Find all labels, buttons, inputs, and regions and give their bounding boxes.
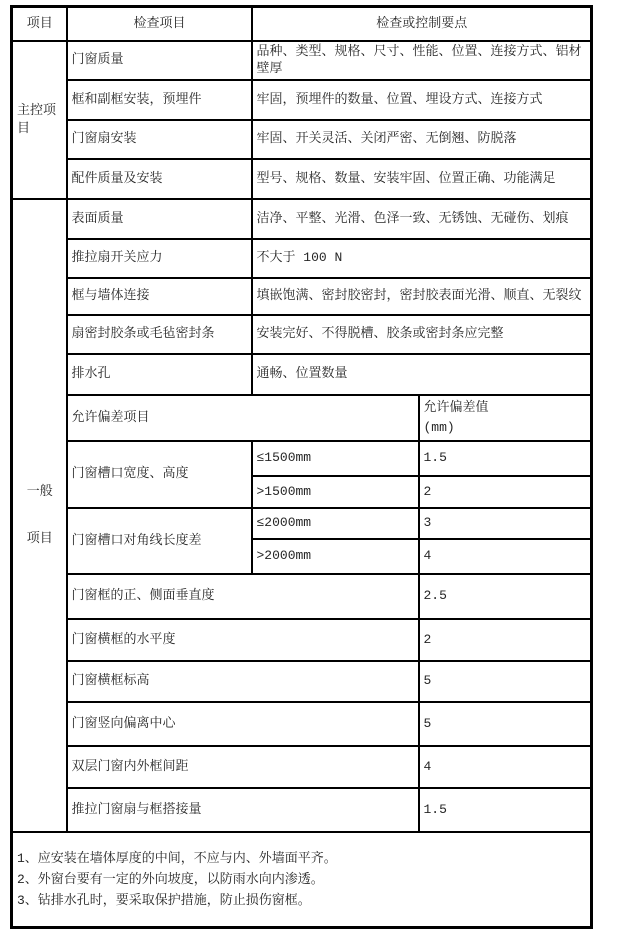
check-item-cell: 双层门窗内外框间距 — [67, 746, 419, 788]
inspection-table: 项目 检查项目 检查或控制要点 主控项目 门窗质量 品种、类型、规格、尺寸、性能… — [10, 5, 593, 929]
control-points-cell: 洁净、平整、光滑、色泽一致、无锈蚀、无碰伤、划痕 — [252, 199, 592, 239]
tolerance-header-value-cell: 允许偏差值 (mm) — [419, 395, 592, 441]
table-row: 扇密封胶条或毛毡密封条 安装完好、不得脱槽、胶条或密封条应完整 — [12, 315, 592, 354]
table-row: 框与墙体连接 填嵌饱满、密封胶密封，密封胶表面光滑、顺直、无裂纹 — [12, 278, 592, 315]
tolerance-value-cell: 1.5 — [419, 441, 592, 476]
control-points-cell: 通畅、位置数量 — [252, 354, 592, 395]
tolerance-value-cell: 5 — [419, 702, 592, 746]
table-row: 主控项目 门窗质量 品种、类型、规格、尺寸、性能、位置、连接方式、铝材壁厚 — [12, 41, 592, 80]
table-row: 门窗槽口宽度、高度 ≤1500mm 1.5 — [12, 441, 592, 476]
tolerance-value-cell: 2 — [419, 619, 592, 661]
check-item-cell: 门窗竖向偏离中心 — [67, 702, 419, 746]
table-row: 门窗扇安装 牢固、开关灵活、关闭严密、无倒翘、防脱落 — [12, 120, 592, 159]
condition-cell: ≤1500mm — [252, 441, 419, 476]
table-row: 框和副框安装，预埋件 牢固，预埋件的数量、位置、埋设方式、连接方式 — [12, 80, 592, 120]
table-row: 门窗横框标高 5 — [12, 661, 592, 702]
control-points-cell: 不大于 100 N — [252, 239, 592, 278]
section-label-general: 一般 项目 — [12, 199, 67, 832]
table-row: 配件质量及安装 型号、规格、数量、安装牢固、位置正确、功能满足 — [12, 159, 592, 199]
table-row: 推拉门窗扇与框搭接量 1.5 — [12, 788, 592, 832]
tolerance-header-value-line2: (mm) — [424, 418, 588, 438]
condition-cell: ≤2000mm — [252, 508, 419, 539]
note-line: 1、应安装在墙体厚度的中间，不应与内、外墙面平齐。 — [17, 848, 587, 869]
table-row: 门窗横框的水平度 2 — [12, 619, 592, 661]
tolerance-value-cell: 4 — [419, 746, 592, 788]
table-row: 门窗竖向偏离中心 5 — [12, 702, 592, 746]
check-item-cell: 门窗槽口对角线长度差 — [67, 508, 252, 574]
check-item-cell: 框和副框安装，预埋件 — [67, 80, 252, 120]
header-cell-category: 项目 — [12, 7, 67, 41]
control-points-cell: 型号、规格、数量、安装牢固、位置正确、功能满足 — [252, 159, 592, 199]
check-item-cell: 配件质量及安装 — [67, 159, 252, 199]
check-item-cell: 扇密封胶条或毛毡密封条 — [67, 315, 252, 354]
tolerance-value-cell: 3 — [419, 508, 592, 539]
check-item-cell: 门窗槽口宽度、高度 — [67, 441, 252, 508]
note-line: 2、外窗台要有一定的外向坡度，以防雨水向内渗透。 — [17, 869, 587, 890]
control-points-cell: 牢固、开关灵活、关闭严密、无倒翘、防脱落 — [252, 120, 592, 159]
tolerance-value-cell: 4 — [419, 539, 592, 574]
check-item-cell: 排水孔 — [67, 354, 252, 395]
table-row: 双层门窗内外框间距 4 — [12, 746, 592, 788]
tolerance-value-cell: 2.5 — [419, 574, 592, 619]
table-row: 一般 项目 表面质量 洁净、平整、光滑、色泽一致、无锈蚀、无碰伤、划痕 — [12, 199, 592, 239]
table-row: 推拉扇开关应力 不大于 100 N — [12, 239, 592, 278]
condition-cell: >2000mm — [252, 539, 419, 574]
tolerance-value-cell: 2 — [419, 476, 592, 508]
check-item-cell: 表面质量 — [67, 199, 252, 239]
table-row: 门窗框的正、侧面垂直度 2.5 — [12, 574, 592, 619]
check-item-cell: 推拉扇开关应力 — [67, 239, 252, 278]
tolerance-header-value-line1: 允许偏差值 — [424, 398, 588, 418]
control-points-cell: 填嵌饱满、密封胶密封，密封胶表面光滑、顺直、无裂纹 — [252, 278, 592, 315]
check-item-cell: 门窗质量 — [67, 41, 252, 80]
control-points-cell: 安装完好、不得脱槽、胶条或密封条应完整 — [252, 315, 592, 354]
check-item-cell: 门窗横框标高 — [67, 661, 419, 702]
notes-row: 1、应安装在墙体厚度的中间，不应与内、外墙面平齐。 2、外窗台要有一定的外向坡度… — [12, 832, 592, 928]
control-points-cell: 品种、类型、规格、尺寸、性能、位置、连接方式、铝材壁厚 — [252, 41, 592, 80]
check-item-cell: 门窗扇安装 — [67, 120, 252, 159]
header-row: 项目 检查项目 检查或控制要点 — [12, 7, 592, 41]
section-label-general-stack: 一般 项目 — [17, 483, 63, 547]
section-label-main: 主控项目 — [12, 41, 67, 199]
header-cell-check-item: 检查项目 — [67, 7, 252, 41]
section-label-general-line1: 一般 — [27, 483, 53, 501]
check-item-cell: 门窗横框的水平度 — [67, 619, 419, 661]
tolerance-header-item-cell: 允许偏差项目 — [67, 395, 419, 441]
table-row: 门窗槽口对角线长度差 ≤2000mm 3 — [12, 508, 592, 539]
tolerance-value-cell: 1.5 — [419, 788, 592, 832]
section-label-general-line2: 项目 — [27, 530, 53, 548]
check-item-cell: 框与墙体连接 — [67, 278, 252, 315]
tolerance-header-row: 允许偏差项目 允许偏差值 (mm) — [12, 395, 592, 441]
tolerance-value-cell: 5 — [419, 661, 592, 702]
control-points-cell: 牢固，预埋件的数量、位置、埋设方式、连接方式 — [252, 80, 592, 120]
condition-cell: >1500mm — [252, 476, 419, 508]
check-item-cell: 门窗框的正、侧面垂直度 — [67, 574, 419, 619]
header-cell-control-points: 检查或控制要点 — [252, 7, 592, 41]
note-line: 3、钻排水孔时，要采取保护措施，防止损伤窗框。 — [17, 890, 587, 911]
notes-cell: 1、应安装在墙体厚度的中间，不应与内、外墙面平齐。 2、外窗台要有一定的外向坡度… — [12, 832, 592, 928]
check-item-cell: 推拉门窗扇与框搭接量 — [67, 788, 419, 832]
table-row: 排水孔 通畅、位置数量 — [12, 354, 592, 395]
